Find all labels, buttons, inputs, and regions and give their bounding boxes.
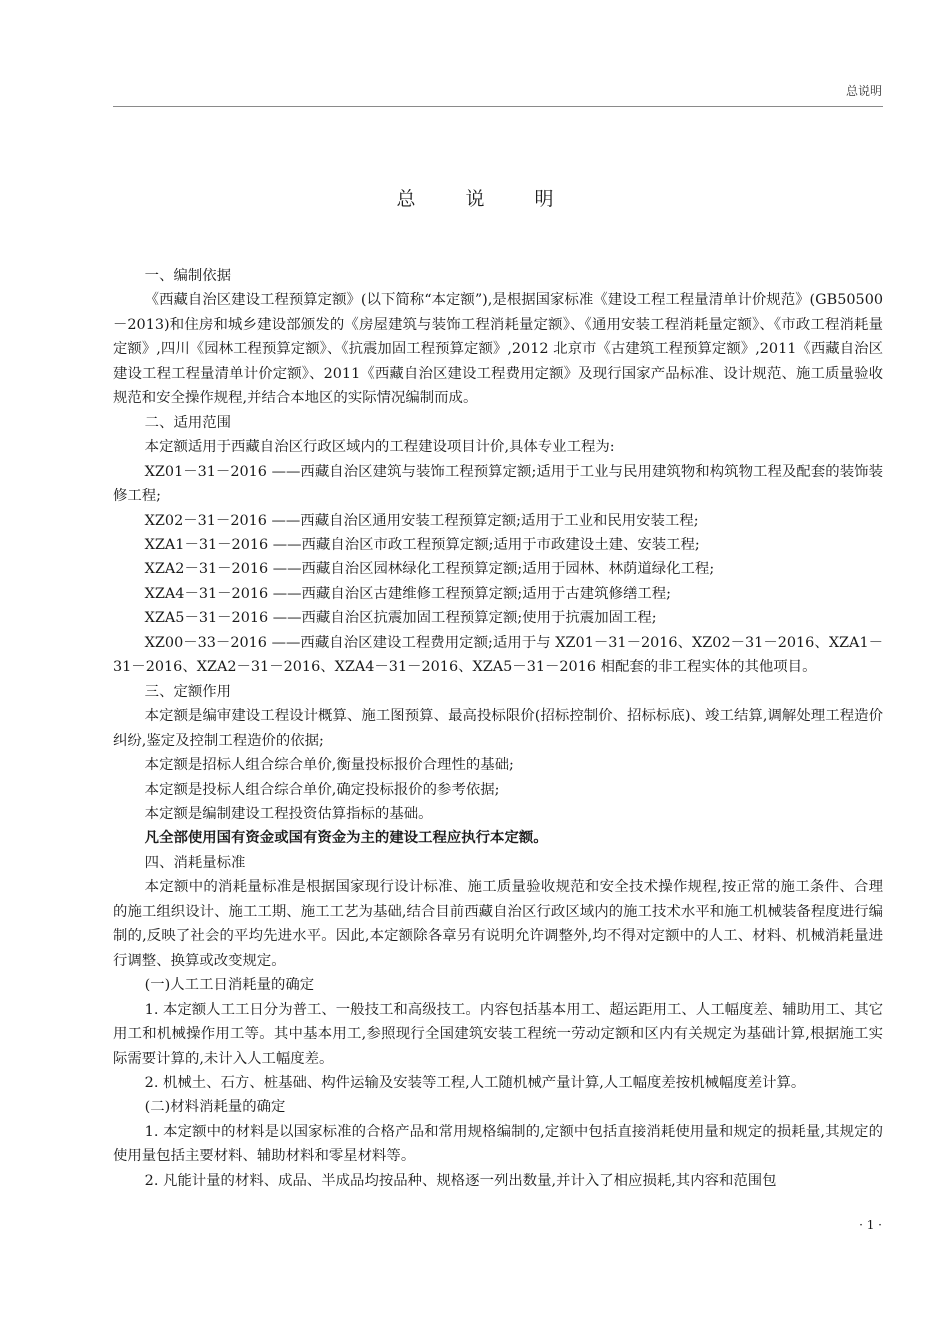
paragraph: 本定额是投标人组合综合单价,确定投标报价的参考依据;: [113, 778, 883, 802]
body-text: 一、编制依据 《西藏自治区建设工程预算定额》(以下简称“本定额”),是根据国家标…: [113, 264, 883, 1193]
list-item: XZ01－31－2016 ——西藏自治区建筑与装饰工程预算定额;适用于工业与民用…: [113, 460, 883, 509]
paragraph: 本定额是招标人组合综合单价,衡量投标报价合理性的基础;: [113, 753, 883, 777]
list-item: XZA1－31－2016 ——西藏自治区市政工程预算定额;适用于市政建设土建、安…: [113, 533, 883, 557]
paragraph: 2. 凡能计量的材料、成品、半成品均按品种、规格逐一列出数量,并计入了相应损耗,…: [113, 1169, 883, 1193]
paragraph: 1. 本定额人工工日分为普工、一般技工和高级技工。内容包括基本用工、超运距用工、…: [113, 998, 883, 1071]
paragraph: 2. 机械土、石方、桩基础、构件运输及安装等工程,人工随机械产量计算,人工幅度差…: [113, 1071, 883, 1095]
list-item: XZA2－31－2016 ——西藏自治区园林绿化工程预算定额;适用于园林、林荫道…: [113, 557, 883, 581]
subsection-heading: (二)材料消耗量的确定: [113, 1095, 883, 1119]
page-title: 总 说 明: [0, 184, 950, 211]
section-heading: 一、编制依据: [113, 264, 883, 288]
list-item: XZ00－33－2016 ——西藏自治区建设工程费用定额;适用于与 XZ01－3…: [113, 631, 883, 680]
page-number: · 1 ·: [859, 1218, 882, 1232]
header-rule: [113, 106, 883, 107]
subsection-heading: (一)人工工日消耗量的确定: [113, 973, 883, 997]
paragraph: 1. 本定额中的材料是以国家标准的合格产品和常用规格编制的,定额中包括直接消耗使…: [113, 1120, 883, 1169]
bold-statement: 凡全部使用国有资金或国有资金为主的建设工程应执行本定额。: [113, 826, 883, 850]
paragraph: 本定额中的消耗量标准是根据国家现行设计标准、施工质量验收规范和安全技术操作规程,…: [113, 875, 883, 973]
section-heading: 二、适用范围: [113, 411, 883, 435]
paragraph: 本定额是编制建设工程投资估算指标的基础。: [113, 802, 883, 826]
section-heading: 三、定额作用: [113, 680, 883, 704]
section-heading: 四、消耗量标准: [113, 851, 883, 875]
paragraph: 本定额是编审建设工程设计概算、施工图预算、最高投标限价(招标控制价、招标标底)、…: [113, 704, 883, 753]
paragraph: 本定额适用于西藏自治区行政区域内的工程建设项目计价,具体专业工程为:: [113, 435, 883, 459]
list-item: XZA5－31－2016 ——西藏自治区抗震加固工程预算定额;使用于抗震加固工程…: [113, 606, 883, 630]
list-item: XZ02－31－2016 ——西藏自治区通用安装工程预算定额;适用于工业和民用安…: [113, 509, 883, 533]
list-item: XZA4－31－2016 ——西藏自治区古建维修工程预算定额;适用于古建筑修缮工…: [113, 582, 883, 606]
paragraph: 《西藏自治区建设工程预算定额》(以下简称“本定额”),是根据国家标准《建设工程工…: [113, 288, 883, 410]
running-head: 总说明: [846, 82, 882, 99]
